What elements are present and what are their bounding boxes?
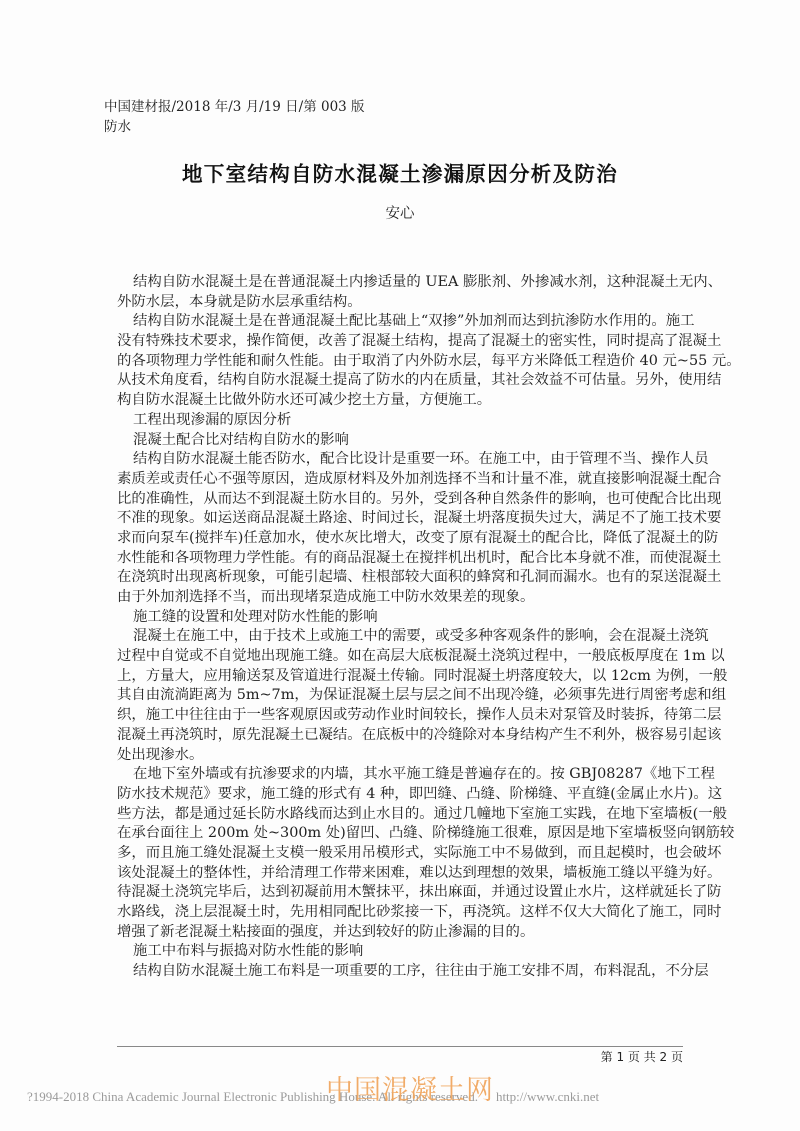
body-line: 比的准确性，从而达不到混凝土防水目的。另外，受到各种自然条件的影响，也可使配合比… [117,490,683,510]
article-title: 地下室结构自防水混凝土渗漏原因分析及防治 [0,157,800,187]
source-line: 中国建材报/2018 年/3 月/19 日/第 003 版 [104,97,365,117]
body-line: 混凝土在施工中，由于技术上或施工中的需要，或受多种客观条件的影响，会在混凝土浇筑 [117,627,683,647]
article-body: 结构自防水混凝土是在普通混凝土内掺适量的 UEA 膨胀剂、外掺减水剂，这种混凝土… [117,273,683,982]
body-line: 混凝土再浇筑时，原先混凝土已凝结。在底板中的冷缝除对本身结构产生不利外，极容易引… [117,726,683,746]
copyright-notice: ?1994-2018 China Academic Journal Electr… [27,1089,599,1105]
body-line: 待混凝土浇筑完毕后，达到初凝前用木蟹抹平，抹出麻面，并通过设置止水片，这样就延长… [117,883,683,903]
body-line: 求而向泵车(搅拌车)任意加水，使水灰比增大，改变了原有混凝土的配合比，降低了混凝… [117,529,683,549]
body-line: 由于外加剂选择不当，而出现堵泵造成施工中防水效果差的现象。 [117,588,683,608]
body-line: 增强了新老混凝土粘接面的强度，并达到较好的防止渗漏的目的。 [117,923,683,943]
body-line: 结构自防水混凝土是在普通混凝土内掺适量的 UEA 膨胀剂、外掺减水剂，这种混凝土… [117,273,683,293]
body-line: 该处混凝土的整体性，并给清理工作带来困难，难以达到理想的效果，墙板施工缝以平缝为… [117,864,683,884]
section-heading: 施工缝的设置和处理对防水性能的影响 [117,608,683,628]
body-line: 多，而且施工缝处混凝土支模一般采用吊模形式，实际施工中不易做到，而且起模时，也会… [117,844,683,864]
section-heading: 混凝土配合比对结构自防水的影响 [117,431,683,451]
publication-header: 中国建材报/2018 年/3 月/19 日/第 003 版 防水 [104,97,365,137]
body-line: 水路线，浇上层混凝土时，先用相同配比砂浆接一下，再浇筑。这样不仅大大简化了施工，… [117,903,683,923]
body-line: 防水技术规范》要求，施工缝的形式有 4 种，即凹缝、凸缝、阶梯缝、平直缝(金属止… [117,785,683,805]
body-line: 上，方量大，应用输送泵及管道进行混凝土传输。同时混凝土坍落度较大，以 12cm … [117,667,683,687]
body-line: 处出现渗水。 [117,746,683,766]
body-line: 没有特殊技术要求，操作简便，改善了混凝土结构，提高了混凝土的密实性，同时提高了混… [117,332,683,352]
section-heading: 施工中布料与振捣对防水性能的影响 [117,942,683,962]
body-line: 其自由流淌距离为 5m~7m，为保证混凝土层与层之间不出现冷缝，必须事先进行周密… [117,686,683,706]
body-line: 的各项物理力学性能和耐久性能。由于取消了内外防水层，每平方米降低工程造价 40 … [117,352,683,372]
body-line: 些方法，都是通过延长防水路线而达到止水目的。通过几幢地下室施工实践，在地下室墙板… [117,805,683,825]
document-page: 中国建材报/2018 年/3 月/19 日/第 003 版 防水 地下室结构自防… [0,0,800,1131]
body-line: 结构自防水混凝土施工布料是一项重要的工序，往往由于施工安排不周，布料混乱，不分层 [117,962,683,982]
column-label: 防水 [104,117,365,137]
body-line: 素质差或责任心不强等原因，造成原材料及外加剂选择不当和计量不准，就直接影响混凝土… [117,470,683,490]
body-line: 在承台面往上 200m 处~300m 处)留凹、凸缝、阶梯缝施工很难，原因是地下… [117,824,683,844]
cnki-url[interactable]: http://www.cnki.net [496,1089,599,1104]
body-line: 在地下室外墙或有抗渗要求的内墙，其水平施工缝是普遍存在的。按 GBJ08287《… [117,765,683,785]
body-line: 从技术角度看，结构自防水混凝土提高了防水的内在质量，其社会效益不可估量。另外，使… [117,371,683,391]
page-indicator: 第 1 页 共 2 页 [601,1048,683,1065]
watermark-logo: 中国混凝土网 [326,1068,494,1107]
body-line: 不准的现象。如运送商品混凝土路途、时间过长，混凝土坍落度损失过大，满足不了施工技… [117,509,683,529]
body-line: 过程中自觉或不自觉地出现施工缝。如在高层大底板混凝土浇筑过程中，一般底板厚度在 … [117,647,683,667]
footer-divider [117,1046,683,1047]
section-heading: 工程出现渗漏的原因分析 [117,411,683,431]
body-line: 外防水层，本身就是防水层承重结构。 [117,293,683,313]
article-author: 安心 [0,202,800,223]
body-line: 水性能和各项物理力学性能。有的商品混凝土在搅拌机出机时，配合比本身就不准，而使混… [117,549,683,569]
body-line: 结构自防水混凝土能否防水，配合比设计是重要一环。在施工中，由于管理不当、操作人员 [117,450,683,470]
body-line: 构自防水混凝土比做外防水还可减少挖土方量，方便施工。 [117,391,683,411]
body-line: 结构自防水混凝土是在普通混凝土配比基础上“双掺”外加剂而达到抗渗防水作用的。施工 [117,312,683,332]
body-line: 在浇筑时出现离析现象，可能引起墙、柱根部较大面积的蜂窝和孔洞而漏水。也有的泵送混… [117,568,683,588]
body-line: 织，施工中往往由于一些客观原因或劳动作业时间较长，操作人员未对泵管及时装拆，待第… [117,706,683,726]
